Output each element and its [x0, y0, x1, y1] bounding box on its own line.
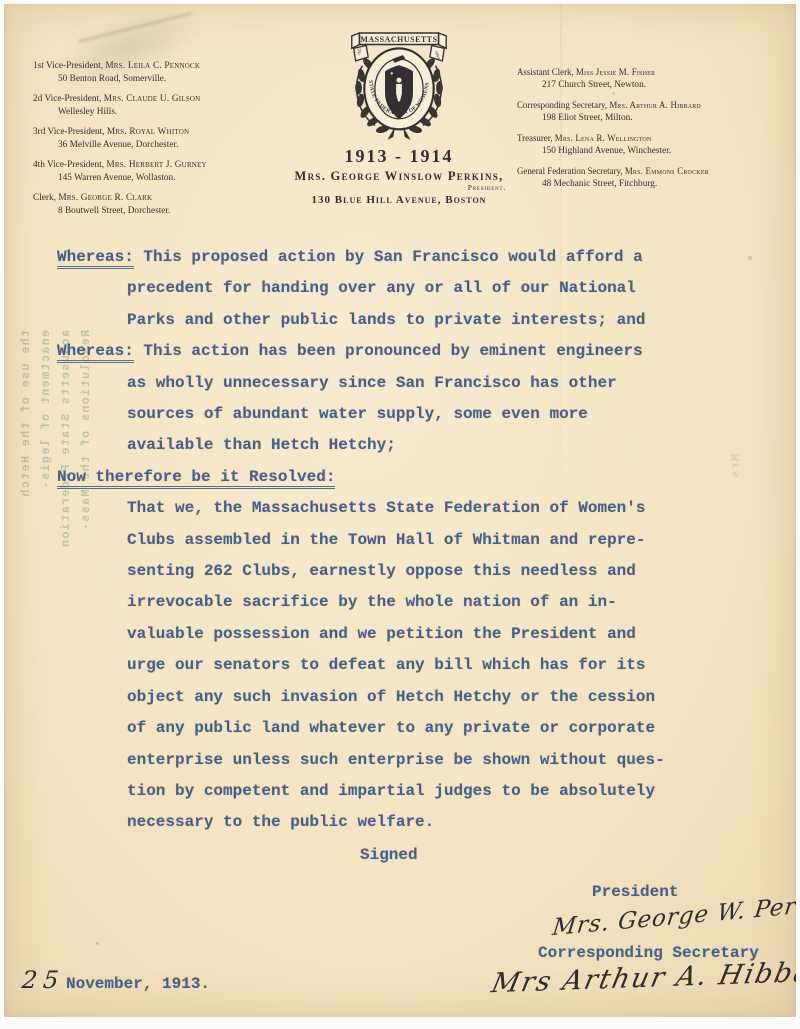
president-name: Mrs. George Winslow Perkins,	[234, 169, 564, 184]
paper-speck	[748, 256, 752, 260]
paper-speck	[96, 942, 99, 945]
typed-line: precedent for handing over any or all of…	[57, 273, 737, 304]
typed-line: urge our senators to defeat any bill whi…	[57, 650, 737, 681]
typed-line: Whereas: This action has been pronounced…	[57, 336, 737, 367]
typed-line: Now therefore be it Resolved:	[57, 462, 737, 493]
typed-line: as wholly unnecessary since San Francisc…	[57, 368, 737, 399]
typed-line: necessary to the public welfare.	[57, 807, 737, 838]
typed-date: November, 1913.	[66, 975, 210, 993]
federation-seal-icon: MASSACHUSETTS AD 1893 STATE FEDERATION O…	[346, 26, 452, 144]
headquarters-address: 130 Blue Hill Avenue, Boston	[234, 194, 564, 206]
federation-years: 1913 - 1914	[234, 146, 564, 167]
typed-line: sources of abundant water supply, some e…	[57, 399, 737, 430]
typed-line: tion by competent and impartial judges t…	[57, 776, 737, 807]
typed-line: senting 262 Clubs, earnestly oppose this…	[57, 556, 737, 587]
typed-line: irrevocable sacrifice by the whole natio…	[57, 587, 737, 618]
typed-line: Clubs assembled in the Town Hall of Whit…	[57, 525, 737, 556]
document-scan: Resolutions of the Mass-achusetts State …	[4, 4, 796, 1017]
president-label: President	[592, 883, 678, 901]
typed-line: That we, the Massachusetts State Federat…	[57, 493, 737, 524]
typed-line: Parks and other public lands to private …	[57, 305, 737, 336]
typed-line: available than Hetch Hetchy;	[57, 430, 737, 461]
handwritten-day: 25	[21, 966, 66, 994]
typed-line: Whereas: This proposed action by San Fra…	[57, 242, 737, 273]
typed-line: enterprise unless such enterprise be sho…	[57, 745, 737, 776]
typed-line: valuable possession and we petition the …	[57, 619, 737, 650]
svg-text:MASSACHUSETTS: MASSACHUSETTS	[360, 35, 437, 44]
secretary-signature: Mrs Arthur A. Hibbard	[489, 956, 796, 1000]
resolution-body: Whereas: This proposed action by San Fra…	[57, 242, 737, 839]
signed-label: Signed	[360, 846, 418, 864]
letterhead-center: MASSACHUSETTS AD 1893 STATE FEDERATION O…	[234, 26, 564, 206]
president-title: President.	[234, 183, 564, 192]
typed-line: of any public land whatever to any priva…	[57, 713, 737, 744]
typed-line: object any such invasion of Hetch Hetchy…	[57, 682, 737, 713]
